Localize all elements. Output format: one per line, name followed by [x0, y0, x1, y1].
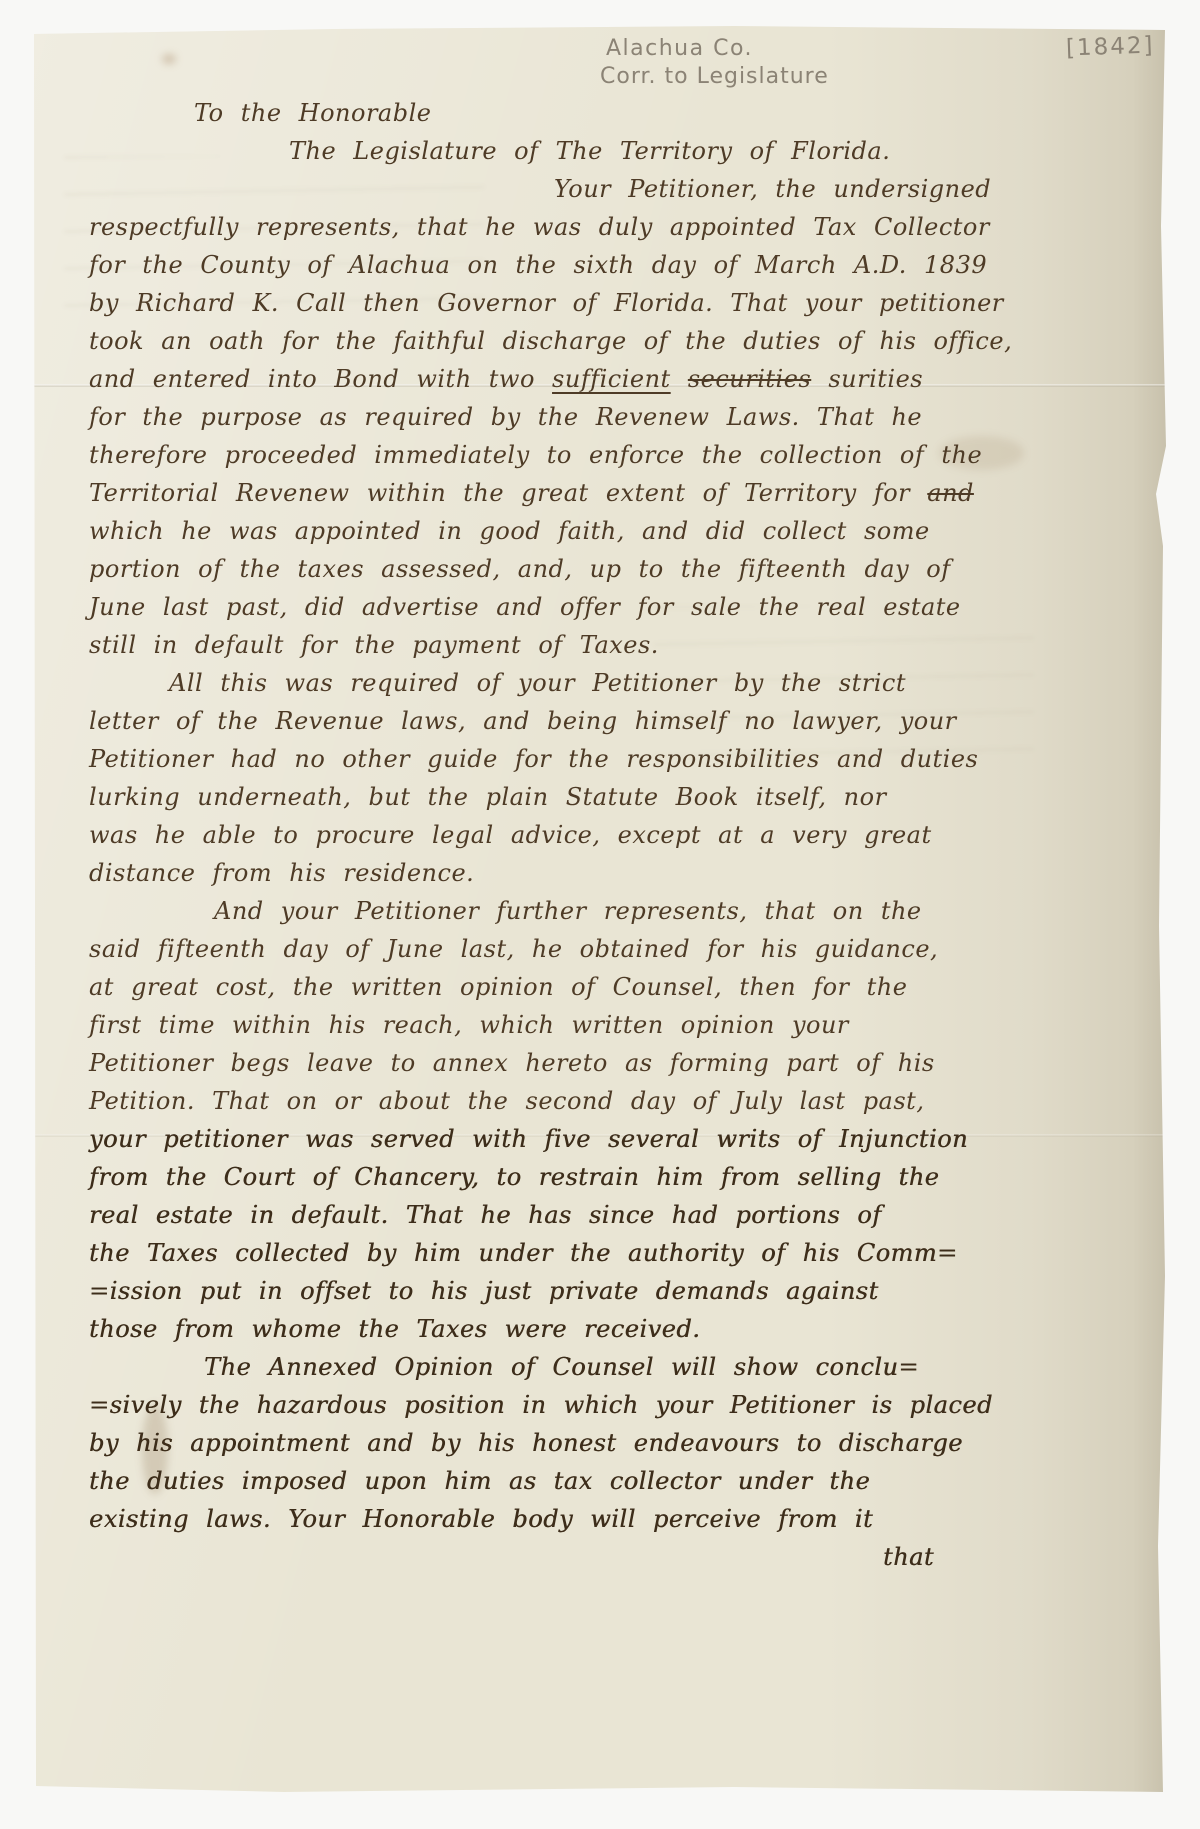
manuscript-line: To the Honorable [89, 94, 1106, 132]
text-segment: which he was appointed in good faith, an… [89, 517, 930, 545]
manuscript-line: Petition. That on or about the second da… [89, 1082, 1106, 1120]
text-segment: and entered into Bond with two [89, 365, 552, 393]
text-segment: still in default for the payment of Taxe… [89, 631, 659, 659]
archival-note-county: Alachua Co. [606, 36, 753, 61]
text-segment: June last past, did advertise and offer … [89, 593, 961, 621]
text-segment: =ission put in offset to his just privat… [89, 1277, 879, 1305]
manuscript-line: =ission put in offset to his just privat… [89, 1272, 1106, 1310]
catchword: that [89, 1538, 1106, 1576]
struck-text-segment: securities [688, 365, 811, 393]
text-segment: the Taxes collected by him under the aut… [89, 1239, 958, 1267]
manuscript-line: your petitioner was served with five sev… [89, 1120, 1106, 1158]
archival-note-year: [1842] [1066, 32, 1155, 61]
text-segment: distance from his residence. [89, 859, 474, 887]
manuscript-line: said fifteenth day of June last, he obta… [89, 930, 1106, 968]
text-segment: from the Court of Chancery, to restrain … [89, 1163, 939, 1191]
manuscript-line: for the purpose as required by the Reven… [89, 398, 1106, 436]
text-segment: took an oath for the faithful discharge … [89, 327, 1012, 355]
text-segment: first time within his reach, which writt… [89, 1011, 849, 1039]
manuscript-line: All this was required of your Petitioner… [89, 664, 1106, 702]
manuscript-line: therefore proceeded immediately to enfor… [89, 436, 1106, 474]
manuscript-line: portion of the taxes assessed, and, up t… [89, 550, 1106, 588]
text-segment: for the County of Alachua on the sixth d… [89, 251, 987, 279]
text-segment: by Richard K. Call then Governor of Flor… [89, 289, 1004, 317]
text-segment [671, 365, 688, 393]
manuscript-line: at great cost, the written opinion of Co… [89, 968, 1106, 1006]
manuscript-line: Petitioner begs leave to annex hereto as… [89, 1044, 1106, 1082]
text-segment: your petitioner was served with five sev… [89, 1125, 968, 1153]
manuscript-line: Petitioner had no other guide for the re… [89, 740, 1106, 778]
manuscript-line: first time within his reach, which writt… [89, 1006, 1106, 1044]
text-segment: that [883, 1543, 934, 1571]
text-segment: therefore proceeded immediately to enfor… [89, 441, 982, 469]
text-segment: The Legislature of The Territory of Flor… [289, 137, 890, 165]
manuscript-line: the duties imposed upon him as tax colle… [89, 1462, 1106, 1500]
manuscript-line: Your Petitioner, the undersigned [89, 170, 1106, 208]
manuscript-line: distance from his residence. [89, 854, 1106, 892]
manuscript-line: =sively the hazardous position in which … [89, 1386, 1106, 1424]
manuscript-line: Territorial Revenew within the great ext… [89, 474, 1106, 512]
text-segment: And your Petitioner further represents, … [214, 897, 922, 925]
text-segment: by his appointment and by his honest end… [89, 1429, 963, 1457]
scan-background: Alachua Co. Corr. to Legislature [1842] … [0, 0, 1200, 1829]
text-segment: Petitioner had no other guide for the re… [89, 745, 978, 773]
text-segment: portion of the taxes assessed, and, up t… [89, 555, 951, 583]
manuscript-line: The Annexed Opinion of Counsel will show… [89, 1348, 1106, 1386]
manuscript-line: and entered into Bond with two sufficien… [89, 360, 1106, 398]
manuscript-line: was he able to procure legal advice, exc… [89, 816, 1106, 854]
manuscript-text: To the HonorableThe Legislature of The T… [34, 94, 1166, 1576]
text-segment: real estate in default. That he has sinc… [89, 1201, 882, 1229]
text-segment: for the purpose as required by the Reven… [89, 403, 922, 431]
manuscript-line: for the County of Alachua on the sixth d… [89, 246, 1106, 284]
text-segment: All this was required of your Petitioner… [169, 669, 906, 697]
paper-speck [162, 54, 176, 64]
manuscript-line: by Richard K. Call then Governor of Flor… [89, 284, 1106, 322]
text-segment: lurking underneath, but the plain Statut… [89, 783, 887, 811]
archival-note-series: Corr. to Legislature [600, 64, 829, 89]
manuscript-line: respectfully represents, that he was dul… [89, 208, 1106, 246]
underlined-text-segment: sufficient [552, 365, 671, 393]
text-segment: respectfully represents, that he was dul… [89, 213, 990, 241]
manuscript-line: from the Court of Chancery, to restrain … [89, 1158, 1106, 1196]
text-segment: letter of the Revenue laws, and being hi… [89, 707, 957, 735]
manuscript-line: lurking underneath, but the plain Statut… [89, 778, 1106, 816]
manuscript-line: took an oath for the faithful discharge … [89, 322, 1106, 360]
text-segment: To the Honorable [194, 99, 431, 127]
text-segment: Territorial Revenew within the great ext… [89, 479, 927, 507]
manuscript-line: by his appointment and by his honest end… [89, 1424, 1106, 1462]
manuscript-line: And your Petitioner further represents, … [89, 892, 1106, 930]
text-segment: was he able to procure legal advice, exc… [89, 821, 932, 849]
text-segment: Your Petitioner, the undersigned [554, 175, 991, 203]
manuscript-line: letter of the Revenue laws, and being hi… [89, 702, 1106, 740]
text-segment: The Annexed Opinion of Counsel will show… [204, 1353, 919, 1381]
manuscript-line: The Legislature of The Territory of Flor… [89, 132, 1106, 170]
manuscript-line: June last past, did advertise and offer … [89, 588, 1106, 626]
text-segment: Petition. That on or about the second da… [89, 1087, 924, 1115]
text-segment: existing laws. Your Honorable body will … [89, 1505, 873, 1533]
manuscript-line: existing laws. Your Honorable body will … [89, 1500, 1106, 1538]
manuscript-line: still in default for the payment of Taxe… [89, 626, 1106, 664]
manuscript-page: Alachua Co. Corr. to Legislature [1842] … [34, 26, 1166, 1792]
text-segment: those from whome the Taxes were received… [89, 1315, 700, 1343]
struck-text-segment: and [927, 479, 974, 507]
text-segment: surities [811, 365, 923, 393]
text-segment: =sively the hazardous position in which … [89, 1391, 993, 1419]
manuscript-line: those from whome the Taxes were received… [89, 1310, 1106, 1348]
text-segment: said fifteenth day of June last, he obta… [89, 935, 938, 963]
text-segment: Petitioner begs leave to annex hereto as… [89, 1049, 935, 1077]
manuscript-line: real estate in default. That he has sinc… [89, 1196, 1106, 1234]
manuscript-line: which he was appointed in good faith, an… [89, 512, 1106, 550]
text-segment: at great cost, the written opinion of Co… [89, 973, 907, 1001]
manuscript-line: the Taxes collected by him under the aut… [89, 1234, 1106, 1272]
text-segment: the duties imposed upon him as tax colle… [89, 1467, 870, 1495]
